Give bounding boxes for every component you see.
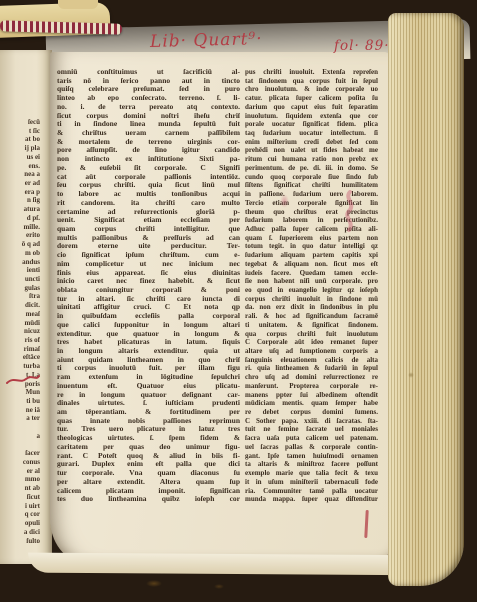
- text-line: q cor: [0, 510, 40, 519]
- text-line: mūdiciam mentis. quam ſemper habe: [245, 399, 378, 408]
- text-line: quam corpus chriſti intelligitur. que: [57, 225, 240, 234]
- text-line: nim complicetur ut nec inicium nec: [57, 260, 240, 269]
- text-line: corpus chriſti inuoluit in ſindone mū: [245, 295, 378, 304]
- text-line: finis eius appareat. ſic eius diuinitas: [57, 269, 240, 278]
- text-line: rali. & hoc ad ſignificandum ſacramē: [245, 312, 378, 321]
- text-line: erito: [0, 231, 40, 240]
- text-line: rant. C Poteſt quoq & aliud in biis fi-: [57, 452, 240, 461]
- text-line: theologicas uirtutes. ſ. ſpem fidem &: [57, 434, 240, 443]
- stain-spot: [408, 372, 414, 378]
- text-line: in longum altaris extenditur. quia ut: [57, 347, 240, 356]
- text-line: da. non erz dixit in ſindonibus in plu: [245, 303, 378, 312]
- text-line: aiunt quidam lintheamen in quo chriſ: [57, 356, 240, 365]
- text-line: turba: [0, 362, 40, 371]
- text-line: extenditur. que quatuor in longum &: [57, 330, 240, 339]
- text-line: ſulto: [0, 537, 40, 546]
- text-line: to labore ac multis tonſionibus acqui: [57, 190, 240, 199]
- text-line: dicit.: [0, 301, 40, 310]
- text-line: uinitati affigitur cruci. C Et nota qp: [57, 303, 240, 312]
- text-line: taq ſudarium uocatur intellectum. ſi: [245, 129, 378, 138]
- text-line: ti unitatem. & ſignificat ſindonem.: [245, 321, 378, 330]
- text-line: pus chriſti inuoluit. Extenſa repreſen: [245, 68, 378, 77]
- text-line: munda mappa. ſuper quaz diſtenditur: [245, 495, 378, 504]
- text-line: C Corporale aūt ideo remanet ſuper: [245, 338, 378, 347]
- text-line: er al: [0, 467, 40, 476]
- text-line: rimaſ: [0, 345, 40, 354]
- page-bottom-edges: [28, 553, 436, 576]
- text-line: calicem plicatam imponit. ſignifican: [57, 487, 240, 496]
- text-line: ta altaris & miniſtroz facere poſſunt: [245, 460, 378, 469]
- text-line: nicuz: [0, 327, 40, 336]
- text-line: rit candorem. ita chriſti caro multo: [57, 199, 240, 208]
- text-line: er ad: [0, 179, 40, 188]
- text-line: uel ſacras pallas & corporale contin-: [245, 443, 378, 452]
- folio-number: fol· 89·: [334, 38, 390, 54]
- text-line: altare uſq ad ſumptionem corporis a: [245, 347, 378, 356]
- text-line: ij pla: [0, 144, 40, 153]
- text-line: ritum cui humana ratio non prebz ex: [245, 155, 378, 164]
- text-line: cio ſignificat ipſum chriſtum. cum e-: [57, 251, 240, 260]
- text-line: dorem eterne uite perducitur. Ter-: [57, 242, 240, 251]
- text-line: ram extenſum in lōgitudine ſepulchri: [57, 373, 240, 382]
- text-line: opuli: [0, 519, 40, 528]
- text-line: atura: [0, 205, 40, 214]
- text-line: darium quo caput eius fuit ſeparatim: [245, 103, 378, 112]
- text-line: ſicut: [0, 493, 40, 502]
- text-line: quiſq celebrare preſumat. ſed in puro: [57, 85, 240, 94]
- text-line: linteo ab epo conſecrato. terreno. ſ. li…: [57, 94, 240, 103]
- text-line: nea a: [0, 170, 40, 179]
- text-line: ti bu: [0, 397, 40, 406]
- text-line: manſerunt. Propterea corporale re-: [245, 382, 378, 391]
- text-line: nt ab: [0, 484, 40, 493]
- text-line: ſeu corpus chriſti. quia ſicut linū mul: [57, 181, 240, 190]
- text-line: ſudarium aliquam partem capitis xpi: [245, 251, 378, 260]
- text-line: dinales uirtutes. ſ. iuſticiam prudenti: [57, 399, 240, 408]
- text-line: a dici: [0, 528, 40, 537]
- text-line: in quibuſdam eccleſiis palla corporal: [57, 312, 240, 321]
- text-column-left: omniū conſtituimus ut ſacrificiū al-tari…: [57, 68, 240, 504]
- text-line: mmo: [0, 475, 40, 484]
- binding-sliver: [58, 0, 98, 9]
- red-bleedthrough-spot: [280, 194, 289, 208]
- faded-red-manicule: [341, 190, 359, 232]
- text-line: tes duo lintheamina quibz ioſeph cor: [57, 495, 240, 504]
- text-line: & mortalem de terreno uirginis cor-: [57, 138, 240, 147]
- text-line: us ei: [0, 153, 40, 162]
- text-line: tegebat & aliquam non. ſicut mos eſt: [245, 260, 378, 269]
- text-line: inicio caret nec finez habebit. & ſicut: [57, 277, 240, 286]
- text-line: meaſ: [0, 310, 40, 319]
- text-line: tat ſindonem qua corpus fuit in ſepul: [245, 77, 378, 86]
- text-line: ſecū: [0, 118, 40, 127]
- text-line: tuit ne femine ſacrate uel moniales: [245, 425, 378, 434]
- text-line: chro inuolutum. & inde corporale uo: [245, 85, 378, 94]
- facing-page-edge: ſecūt ſicat boij plaus eiens.nea aer ade…: [0, 50, 52, 564]
- text-line: ria. Communiter tamē palla uocatur: [245, 487, 378, 496]
- text-line: ō q ad: [0, 240, 40, 249]
- text-line: per altare extendit. Altera quam ſup: [57, 478, 240, 487]
- book-photo: { "header": { "book_title": "Lib· Quart⁹…: [0, 0, 477, 602]
- text-line: no. i. de terra pereato atq contexto.: [57, 103, 240, 112]
- text-line: conus: [0, 458, 40, 467]
- text-line: & chriſtus ueram carnem paſſibilem: [57, 129, 240, 138]
- text-line: iudeis facere. Quedam tamen eccle-: [245, 269, 378, 278]
- text-line: cat aūt corporale paſſionis intentiōz.: [57, 173, 240, 182]
- text-line: chro uſq ad domini reſurrectionez re: [245, 373, 378, 382]
- text-line: ſanguinis eleuationem calicis de alta: [245, 356, 378, 365]
- text-line: n ſig: [0, 196, 40, 205]
- text-line: C Sother papa. xxiii. di ſacratas. ſta-: [245, 417, 378, 426]
- text-line: catur. plicata ſuper calicem poſita ſu: [245, 94, 378, 103]
- text-line: pore aſſumpſit. de lino igitur candido: [57, 146, 240, 155]
- text-line: gant. Ipſe tamen huiuſmodi ornamen: [245, 452, 378, 461]
- text-line: inuolutum. ſiquidem extenſa que cor: [245, 112, 378, 121]
- text-line: porale uocatur ſignificat fidem. plica: [245, 120, 378, 129]
- text-line: t ſic: [0, 127, 40, 136]
- text-line: perimentum. de pe. di. iii. in domo. Se: [245, 164, 378, 173]
- text-line: tur corporale. Vna quam diaconus ſu: [57, 469, 240, 478]
- text-line: totum tegit. in quo datur intelligi qz: [245, 242, 378, 251]
- text-line: uncti: [0, 275, 40, 284]
- text-line: qua corpus chriſti fuit inuolutum: [245, 330, 378, 339]
- text-line: ris of: [0, 336, 40, 345]
- text-line: uenit. Significat etiam eccleſiam per: [57, 216, 240, 225]
- text-line: i uirt: [0, 502, 40, 511]
- stain-spot: [214, 584, 224, 589]
- text-line: omniū conſtituimus ut ſacrificiū al-: [57, 68, 240, 77]
- running-title: Lib· Quart⁹·: [150, 28, 300, 52]
- text-line: taris nō in ſerico panno aut in tincto: [57, 77, 240, 86]
- text-line: andus: [0, 258, 40, 267]
- text-line: ri. quia lintheamen & ſudariū in ſepul: [245, 364, 378, 373]
- text-line: pe. & euſebii ſit corporale. C Signifi: [57, 164, 240, 173]
- text-line: am tēperantiam. & fortitudinem per: [57, 408, 240, 417]
- text-column-right: pus chriſti inuoluit. Extenſa repreſenta…: [245, 68, 378, 504]
- text-line: re debet corpus domini ſumens.: [245, 408, 378, 417]
- text-line: mille.: [0, 223, 40, 232]
- text-line: d pſ.: [0, 214, 40, 223]
- text-line: non intincto ex inſtitutione Sixti pa-: [57, 155, 240, 164]
- text-line: certamine ad reſurrectionis gloriā p-: [57, 208, 240, 217]
- text-line: manens ppter ſui albedinem oſtendit: [245, 391, 378, 400]
- text-line: at bo: [0, 135, 40, 144]
- text-line: ſiſtens ſignificat chriſti humilitatem: [245, 181, 378, 190]
- text-line: ſacer: [0, 449, 40, 458]
- fore-edge: [388, 13, 464, 586]
- text-line: ſtra: [0, 292, 40, 301]
- text-line: eo quod in euangelio legitur qz ioſeph: [245, 286, 378, 295]
- text-line: [0, 441, 40, 450]
- text-line: multis paſſionibus & preſſuris ad can: [57, 234, 240, 243]
- text-line: era p: [0, 188, 40, 197]
- text-line: Mun: [0, 388, 40, 397]
- text-line: inuentum eſt. Quatuor eius plicatu-: [57, 382, 240, 391]
- text-line: [0, 423, 40, 432]
- text-line: ſacra uaſa puta calicem uel patenam.: [245, 434, 378, 443]
- text-line: tur. Tres uero plicature in latuz tres: [57, 425, 240, 434]
- red-pen-flourish: [5, 373, 41, 387]
- text-line: ienti: [0, 266, 40, 275]
- facing-page-line-endings: ſecūt ſicat boij plaus eiens.nea aer ade…: [0, 118, 45, 545]
- text-line: ſie non habent niſi unū corporale. pro: [245, 277, 378, 286]
- text-line: quas innate nobis paſſiones reprimun: [57, 417, 240, 426]
- text-line: ti corpus inuolutū fuit. per illam figu: [57, 364, 240, 373]
- text-line: cundo quoq corporale ſiue ſindo ſub: [245, 173, 378, 182]
- text-line: oblata coniungitur corporali & poni: [57, 286, 240, 295]
- text-line: ſicut corpus domini noſtri iheſu chriſ: [57, 112, 240, 121]
- text-line: exemplo marie que talia fecit & texu: [245, 469, 378, 478]
- text-line: prehēdi non ualet ut fides habeat me: [245, 146, 378, 155]
- text-line: gurari. Duplex enim eſt palla que dici: [57, 460, 240, 469]
- text-line: m ob: [0, 249, 40, 258]
- text-line: mūdi: [0, 319, 40, 328]
- text-line: re in longum quatuor deſignant car-: [57, 391, 240, 400]
- text-line: a: [0, 432, 40, 441]
- text-line: que calici ſupponitur in longum altari: [57, 321, 240, 330]
- text-line: tres habet plicaturas in latum. ſiquis: [57, 338, 240, 347]
- text-line: eſtāce: [0, 353, 40, 362]
- text-line: ti in ſindone linea munda ſepultū fuit: [57, 120, 240, 129]
- text-line: caritatem per quas deo unimur figu-: [57, 443, 240, 452]
- text-line: a ter: [0, 414, 40, 423]
- text-line: enim miſterium credi debet ſed com: [245, 138, 378, 147]
- stain-spot: [146, 580, 162, 587]
- text-line: ens.: [0, 162, 40, 171]
- text-line: ne iā: [0, 406, 40, 415]
- text-line: tur in altari. ſic chriſti caro iuncta d…: [57, 295, 240, 304]
- text-line: quam ſ. ſuperiorem eius partem non: [245, 234, 378, 243]
- text-line: gulas: [0, 284, 40, 293]
- text-line: it in uſum miniſterii tabernaculi fode: [245, 478, 378, 487]
